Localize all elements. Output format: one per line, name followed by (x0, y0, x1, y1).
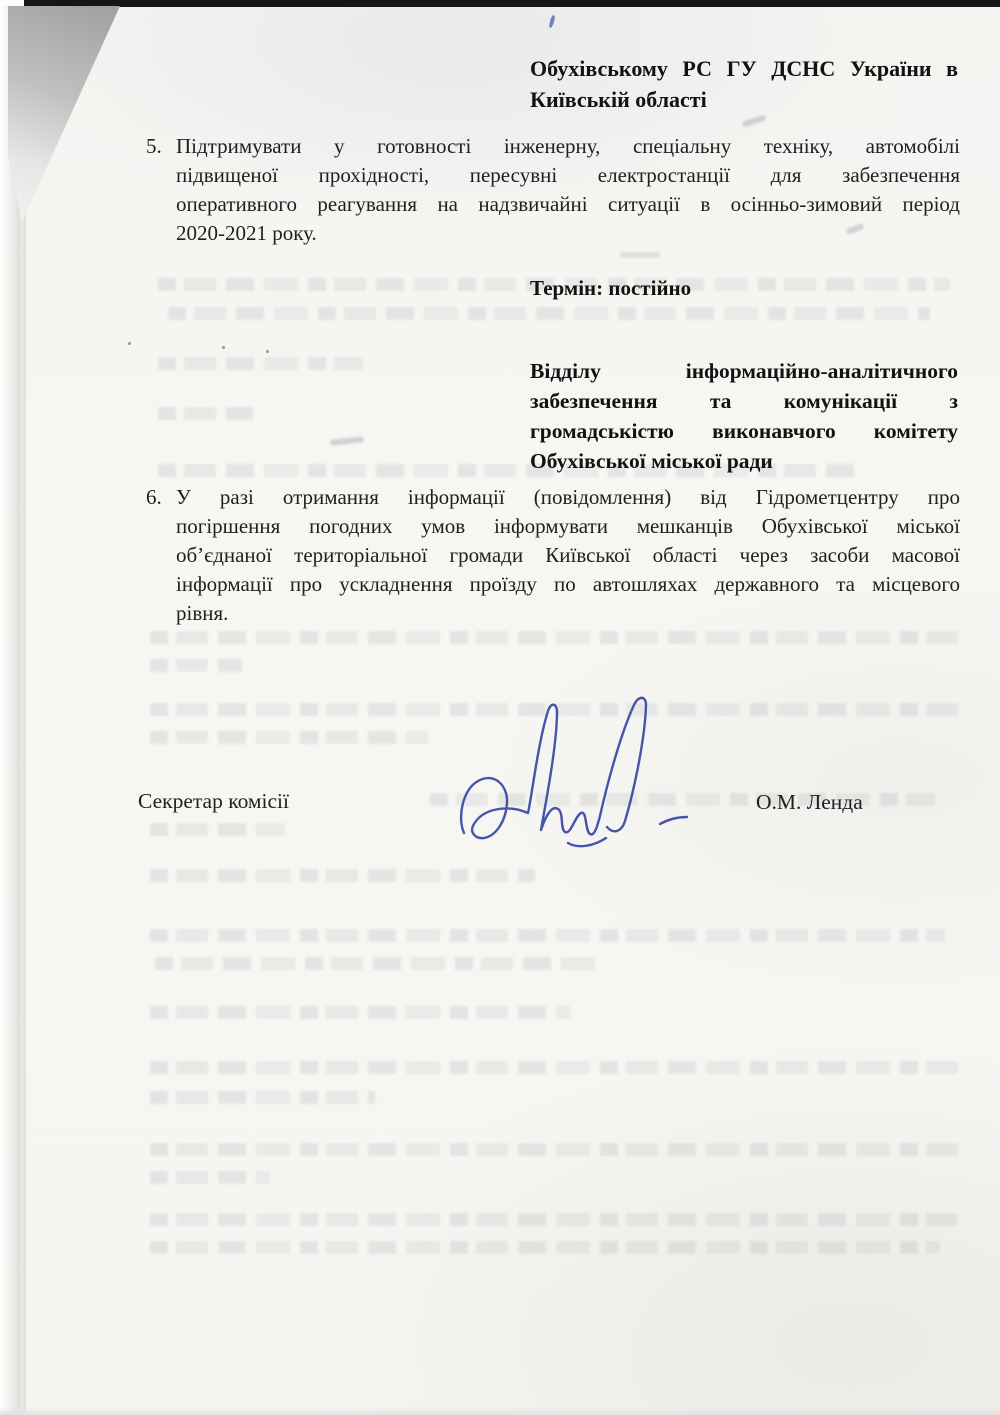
paragraph-line: оперативного реагування на надзвичайні с… (176, 190, 960, 219)
department-line: громадськістю виконавчого комітету (530, 416, 958, 446)
paragraph-line: погіршення погодних умов інформувати меш… (176, 512, 960, 541)
signatory-name: О.М. Ленда (756, 790, 863, 815)
addressee-block: Обухівському РС ГУ ДСНС України в Київсь… (530, 53, 958, 115)
bleed-through-line (150, 1241, 940, 1254)
scanner-top-edge (24, 0, 1000, 7)
paragraph-line: інформації про ускладнення проїзду по ав… (176, 570, 960, 599)
bleed-through-line (150, 1143, 958, 1156)
bleed-through-line (168, 307, 930, 320)
bleed-through-line (158, 357, 363, 370)
scan-speck (128, 342, 131, 345)
bleed-through-line (155, 957, 600, 970)
item-number: 5. (146, 132, 162, 161)
bleed-through-line (150, 929, 945, 942)
paragraph-line: У разі отримання інформації (повідомленн… (176, 483, 960, 512)
scan-smudge (620, 252, 660, 258)
paragraph-item-6: 6. У разі отримання інформації (повідомл… (146, 483, 960, 628)
bleed-through-line (150, 823, 285, 836)
item-number: 6. (146, 483, 162, 512)
scanned-document-page: Обухівському РС ГУ ДСНС України в Київсь… (0, 0, 1000, 1415)
bleed-through-line (150, 1171, 270, 1184)
scan-smudge (742, 114, 767, 127)
scan-speck (266, 350, 269, 353)
paragraph-line: 2020-2021 року. (176, 219, 960, 248)
handwritten-signature (448, 683, 698, 855)
paragraph-line: об’єднаної територіальної громади Київсь… (176, 541, 960, 570)
bleed-through-line (158, 407, 253, 420)
bleed-through-line (150, 659, 242, 672)
term-label: Термін: постійно (530, 276, 691, 301)
scan-speck (222, 346, 225, 349)
page-corner-fold (0, 6, 132, 228)
bleed-through-line (150, 631, 958, 644)
responsible-department-block: Відділу інформаційно-аналітичного забезп… (530, 356, 958, 476)
bleed-through-line (150, 1006, 570, 1019)
addressee-line: Київській області (530, 84, 958, 115)
bleed-through-line (150, 869, 535, 882)
paragraph-line: Підтримувати у готовності інженерну, спе… (176, 132, 960, 161)
bleed-through-line (150, 1061, 958, 1074)
department-line: Обухівської міської ради (530, 446, 958, 476)
paragraph-line: підвищеної прохідності, пересувні електр… (176, 161, 960, 190)
bleed-through-line (150, 731, 428, 744)
addressee-line: Обухівському РС ГУ ДСНС України в (530, 53, 958, 84)
department-line: забезпечення та комунікації з (530, 386, 958, 416)
paragraph-line: рівня. (176, 599, 960, 628)
signatory-role: Секретар комісії (138, 789, 289, 814)
scan-smudge (330, 436, 364, 446)
department-line: Відділу інформаційно-аналітичного (530, 356, 958, 386)
ink-mark (548, 15, 555, 29)
page-bottom-edge-shadow (0, 1407, 1000, 1415)
bleed-through-line (150, 1091, 375, 1104)
bleed-through-line (150, 1213, 958, 1226)
paragraph-item-5: 5. Підтримувати у готовності інженерну, … (146, 132, 960, 248)
